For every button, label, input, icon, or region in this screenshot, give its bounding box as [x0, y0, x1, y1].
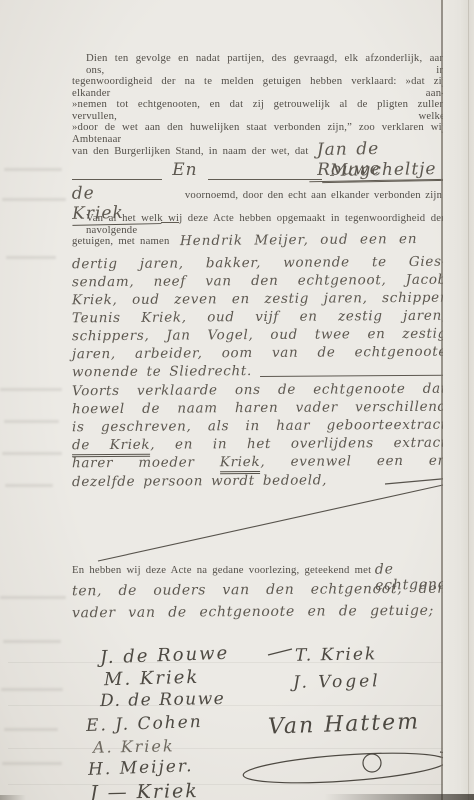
hand-fragment: wonende te Sliedrecht.: [72, 364, 252, 380]
blank-rule: [72, 178, 162, 180]
printed-fragment: getuigen, met namen: [72, 235, 170, 247]
signature-t-kriek: T. Kriek: [295, 644, 378, 665]
bleed-through-texture: [4, 420, 59, 423]
hand-line: Teunis Kriek, oud vijf en zestig jaren,: [72, 309, 447, 326]
printed-line-1: Dien ten gevolge en nadat partijen, des …: [86, 52, 445, 77]
hand-line: de Kriek, en in het overlijdens extract: [72, 436, 447, 453]
hand-line: schippers, Jan Vogel, oud twee en zestig: [72, 327, 447, 344]
hand-fragment: , en in het overlijdens extract: [150, 435, 447, 453]
bleed-through-texture: [1, 688, 63, 691]
bleed-through-texture: [0, 596, 66, 599]
signature-j-vogel: J. Vogel: [293, 671, 381, 693]
photo-edge-shadow: [324, 794, 474, 800]
bleed-through-texture: [5, 484, 53, 487]
bleed-through-texture: [2, 452, 62, 455]
signature-j-kriek: J — Kriek: [90, 780, 199, 800]
hand-line: is geschreven, als in haar geboorteextra…: [72, 418, 447, 435]
surname-variant-kriek: Kriek: [220, 454, 261, 474]
printed-fragment: En hebben wij deze Acte na gedane voorle…: [72, 564, 371, 576]
hand-line: Voorts verklaarde ons de echtgenoote dat: [72, 382, 447, 399]
signature-ej-cohen: E. J. Cohen: [86, 712, 203, 736]
bleed-through-texture: [2, 198, 66, 201]
bleed-through-texture: [2, 762, 62, 765]
paraph-flourish: [242, 748, 460, 788]
hand-line: jaren, arbeider, oom van de echtgenoote: [72, 345, 447, 362]
bride-first-name: Magcheltje: [322, 159, 445, 183]
hand-line: hoewel de naam haren vader verschillend: [72, 400, 447, 417]
photo-edge-shadow: [0, 795, 26, 800]
printed-fragment: voornoemd, door den echt aan elkander ve…: [185, 189, 445, 201]
signature-van-hattem: Van Hattem: [268, 709, 421, 739]
hand-line: dezelfde persoon wordt bedoeld,: [72, 473, 392, 490]
hand-fragment: , evenwel een en: [260, 453, 447, 470]
hand-line: Kriek, oud zeven en zestig jaren, schipp…: [72, 291, 447, 308]
conjunction-word: En: [162, 160, 207, 180]
printed-line-2: tegenwoordigheid der na te melden getuig…: [72, 75, 445, 100]
space-filler-rule: [260, 374, 447, 377]
bleed-through-texture: [6, 256, 56, 259]
signature-m-kriek: M. Kriek: [104, 667, 200, 690]
witness-hand-start: Hendrik Meijer, oud een en: [169, 232, 445, 250]
closing-hand-line: vader van de echtgenoote en de getuige;: [72, 604, 434, 622]
conjunction-line: En Magcheltje: [72, 160, 445, 182]
printed-line-3: »nemen tot echtgenooten, en dat zij getr…: [72, 98, 445, 123]
bleed-through-texture: [4, 728, 58, 731]
hand-line: harer moeder Kriek, evenwel een en: [72, 454, 447, 471]
pen-stroke: [268, 649, 292, 655]
faint-ruled-guide: [8, 784, 448, 785]
signature-a-kriek: A. Kriek: [93, 736, 175, 756]
page-edge-strip: [443, 0, 474, 800]
printed-fragment: van den Burgerlijken Stand, in naam der …: [72, 145, 309, 157]
witnesses-intro-line: getuigen, met namen Hendrik Meijer, oud …: [72, 233, 445, 249]
bleed-through-texture: [0, 388, 62, 391]
bleed-through-texture: [4, 168, 62, 171]
signature-d-de-rouwe: D. de Rouwe: [100, 689, 226, 711]
bleed-through-texture: [3, 640, 61, 643]
hand-line-with-filler: wonende te Sliedrecht.: [72, 363, 447, 380]
margin-rule: [441, 0, 443, 800]
blank-rule: [208, 178, 323, 180]
page-edge-line: [468, 0, 469, 800]
faint-ruled-guide: [8, 705, 448, 706]
document-page: Dien ten gevolge en nadat partijen, des …: [0, 0, 474, 800]
hand-line: dertig jaren, bakker, wonende te Gies-: [72, 255, 447, 272]
closing-hand-line: ten, de ouders van den echtgenoot, den: [72, 582, 447, 600]
signature-j-de-rouwe: J. de Rouwe: [100, 643, 230, 668]
faint-ruled-guide: [8, 748, 448, 749]
hand-fragment: harer moeder: [72, 454, 220, 471]
hand-line: sendam, neef van den echtgenoot, Jacob: [72, 273, 447, 290]
signature-h-meijer: H. Meijer.: [88, 756, 194, 780]
